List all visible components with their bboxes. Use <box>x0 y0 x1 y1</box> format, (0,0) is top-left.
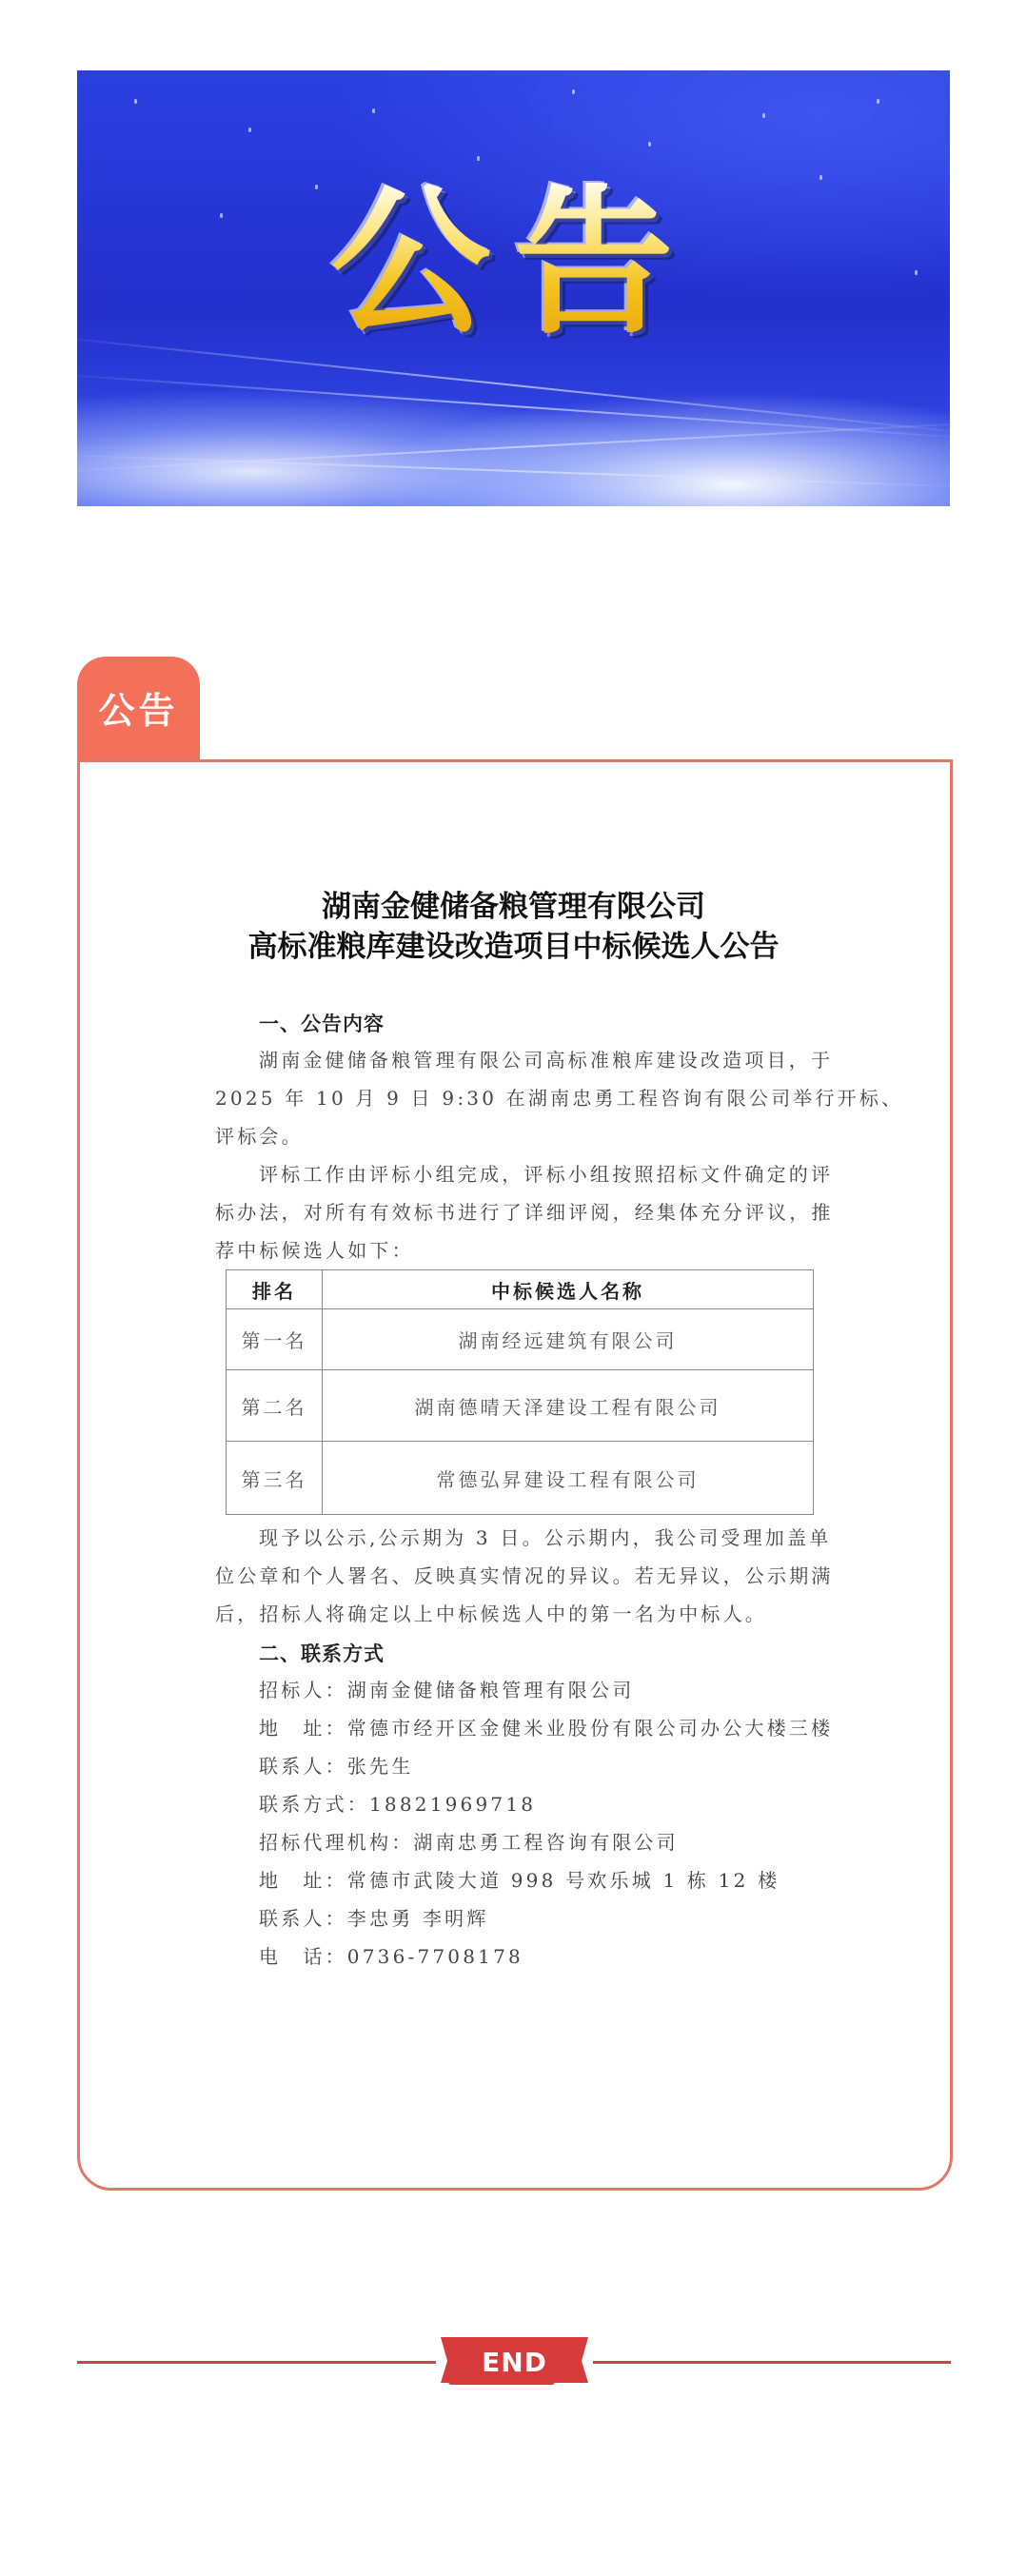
end-divider-right <box>593 2361 951 2364</box>
contact-line: 电 话：0736-7708178 <box>259 1937 523 1976</box>
contact-line: 地 址：常德市武陵大道 998 号欢乐城 1 栋 12 楼 <box>259 1861 780 1899</box>
candidate-cell: 湖南德晴天泽建设工程有限公司 <box>323 1370 814 1442</box>
end-divider-left <box>77 2361 436 2364</box>
candidate-cell: 常德弘昇建设工程有限公司 <box>323 1442 814 1515</box>
contact-line: 地 址：常德市经开区金健米业股份有限公司办公大楼三楼 <box>259 1709 833 1747</box>
table-row: 第二名 湖南德晴天泽建设工程有限公司 <box>227 1370 814 1442</box>
candidate-cell: 湖南经远建筑有限公司 <box>323 1309 814 1370</box>
contact-line: 招标代理机构：湖南忠勇工程咨询有限公司 <box>259 1823 679 1861</box>
header-rank: 排名 <box>227 1270 323 1309</box>
table-row: 第三名 常德弘昇建设工程有限公司 <box>227 1442 814 1515</box>
document-title-line2: 高标准粮库建设改造项目中标候选人公告 <box>0 933 1027 962</box>
end-label: END <box>441 2347 588 2378</box>
para2-line1: 评标工作由评标小组完成，评标小组按照招标文件确定的评 <box>259 1155 833 1193</box>
para2-line2: 标办法，对所有有效标书进行了详细评阅，经集体充分评议，推 <box>215 1193 834 1231</box>
para1-line2: 2025 年 10 月 9 日 9:30 在湖南忠勇工程咨询有限公司举行开标、 <box>215 1079 903 1117</box>
contact-line: 招标人：湖南金健储备粮管理有限公司 <box>259 1671 634 1709</box>
light-streak <box>77 454 950 489</box>
table-header-row: 排名 中标候选人名称 <box>227 1270 814 1309</box>
contact-line: 联系人：李忠勇 李明辉 <box>259 1899 489 1937</box>
contact-line: 联系人：张先生 <box>259 1747 413 1785</box>
section-tab: 公告 <box>77 657 200 763</box>
para3-line3: 后，招标人将确定以上中标候选人中的第一名为中标人。 <box>215 1595 767 1633</box>
section1-heading: 一、公告内容 <box>259 1009 385 1037</box>
para3-line1: 现予以公示,公示期为 3 日。公示期内，我公司受理加盖单 <box>259 1519 831 1557</box>
para1-line1: 湖南金健储备粮管理有限公司高标准粮库建设改造项目，于 <box>259 1041 833 1079</box>
table-row: 第一名 湖南经远建筑有限公司 <box>227 1309 814 1370</box>
section-tab-label: 公告 <box>77 681 200 734</box>
rank-cell: 第三名 <box>227 1442 323 1515</box>
header-candidate-name: 中标候选人名称 <box>323 1270 814 1309</box>
rank-cell: 第二名 <box>227 1370 323 1442</box>
rank-cell: 第一名 <box>227 1309 323 1370</box>
para1-line3: 评标会。 <box>215 1117 304 1155</box>
end-badge: END <box>441 2337 588 2385</box>
banner-title: 公告 <box>77 183 950 343</box>
light-streak <box>77 422 950 473</box>
candidate-table: 排名 中标候选人名称 第一名 湖南经远建筑有限公司 第二名 湖南德晴天泽建设工程… <box>226 1269 814 1515</box>
para3-line2: 位公章和个人署名、反映真实情况的异议。若无异议，公示期满 <box>215 1557 834 1595</box>
para2-line3: 荐中标候选人如下： <box>215 1231 414 1269</box>
contact-line: 联系方式：18821969718 <box>259 1785 536 1823</box>
document-title-line1: 湖南金健储备粮管理有限公司 <box>0 893 1027 922</box>
section2-heading: 二、联系方式 <box>259 1639 385 1667</box>
announcement-banner: 公告 <box>77 70 950 506</box>
